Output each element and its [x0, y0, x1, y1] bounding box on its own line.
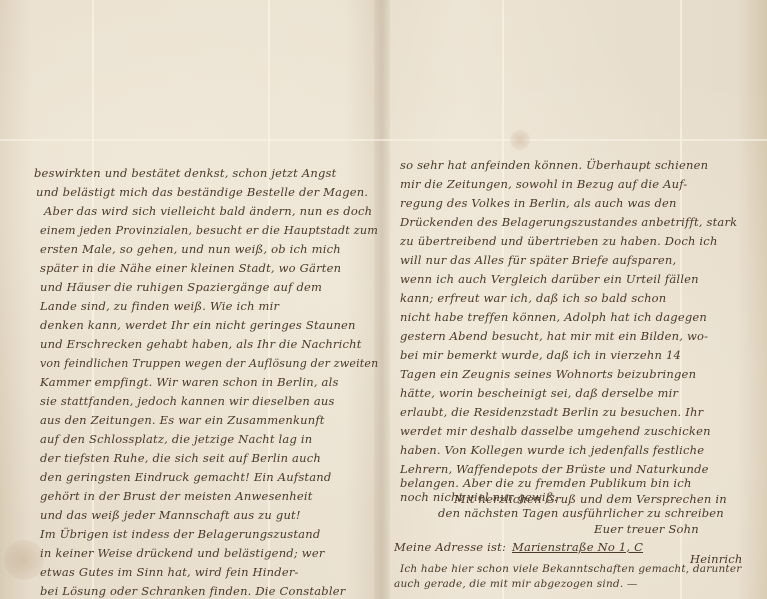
closing-line: den nächsten Tagen ausführlicher zu schr… — [438, 506, 724, 520]
text-line: kann; erfreut war ich, daß ich so bald s… — [400, 291, 666, 305]
text-line: Lehrern, Waffendepots der Brüste und Nat… — [400, 462, 709, 476]
text-line: erlaubt, die Residenzstadt Berlin zu bes… — [400, 405, 703, 419]
text-line: und belästigt mich das beständige Bestel… — [36, 185, 368, 199]
text-line: später in die Nähe einer kleinen Stadt, … — [40, 261, 341, 275]
text-line: so sehr hat anfeinden können. Überhaupt … — [400, 158, 708, 172]
text-line: ersten Male, so gehen, und nun weiß, ob … — [40, 242, 341, 256]
signature-line: Euer treuer Sohn — [594, 522, 699, 536]
postscript-line: auch gerade, die mit mir abgezogen sind.… — [394, 578, 638, 590]
text-line: wenn ich auch Vergleich darüber ein Urte… — [400, 272, 699, 286]
closing-line: Mit herzlichen Gruß und dem Versprechen … — [454, 492, 727, 506]
text-line: etwas Gutes im Sinn hat, wird fein Hinde… — [40, 565, 299, 579]
text-line: Im Übrigen ist indess der Belagerungszus… — [40, 527, 320, 541]
text-line: zu übertreibend und übertrieben zu haben… — [400, 234, 718, 248]
text-line: haben. Von Kollegen wurde ich jedenfalls… — [400, 443, 704, 457]
text-line: in keiner Weise drückend und belästigend… — [40, 546, 325, 560]
text-line: belangen. Aber die zu fremden Publikum b… — [400, 476, 692, 490]
text-line: bei mir bemerkt wurde, daß ich in vierze… — [400, 348, 681, 362]
letter-scan: beswirkten und bestätet denkst, schon je… — [0, 0, 767, 599]
text-line: und Erschrecken gehabt haben, als Ihr di… — [40, 337, 362, 351]
text-line: auf den Schlossplatz, die jetzige Nacht … — [40, 432, 312, 446]
text-line: nicht habe treffen können, Adolph hat ic… — [400, 310, 707, 324]
text-line: Lande sind, zu finden weiß. Wie ich mir — [40, 299, 279, 313]
text-line: und Häuser die ruhigen Spaziergänge auf … — [40, 280, 322, 294]
text-line: aus den Zeitungen. Es war ein Zusammenku… — [40, 413, 325, 427]
text-line: sie stattfanden, jedoch kannen wir diese… — [40, 394, 335, 408]
text-line: Tagen ein Zeugnis seines Wohnorts beizub… — [400, 367, 696, 381]
text-line: einem jeden Provinzialen, besucht er die… — [40, 223, 378, 237]
address-label: Meine Adresse ist: — [394, 540, 506, 554]
text-line: will nur das Alles für später Briefe auf… — [400, 253, 676, 267]
text-line: werdet mir deshalb dasselbe umgehend zus… — [400, 424, 711, 438]
right-page: so sehr hat anfeinden können. Überhaupt … — [384, 0, 767, 599]
text-line: gestern Abend besucht, hat mir mit ein B… — [400, 329, 708, 343]
text-line: bei Lösung oder Schranken finden. Die Co… — [40, 584, 345, 598]
text-line: Drückenden des Belagerungszustandes anbe… — [400, 215, 737, 229]
text-line: mir die Zeitungen, sowohl in Bezug auf d… — [400, 177, 687, 191]
text-line: gehört in der Brust der meisten Anwesenh… — [40, 489, 313, 503]
address-value: Marienstraße No 1, C — [512, 540, 643, 554]
text-line: beswirkten und bestätet denkst, schon je… — [34, 166, 336, 180]
text-line: und das weiß jeder Mannschaft aus zu gut… — [40, 508, 301, 522]
text-line: von feindlichen Truppen wegen der Auflös… — [40, 356, 378, 370]
text-line: den geringsten Eindruck gemacht! Ein Auf… — [40, 470, 331, 484]
text-line: hätte, worin bescheinigt sei, daß dersel… — [400, 386, 678, 400]
text-line: Kammer empfingt. Wir waren schon in Berl… — [40, 375, 339, 389]
text-line: regung des Volkes in Berlin, als auch wa… — [400, 196, 677, 210]
left-page: beswirkten und bestätet denkst, schon je… — [0, 0, 384, 599]
text-line: Aber das wird sich vielleicht bald änder… — [44, 204, 372, 218]
postscript-line: Ich habe hier schon viele Bekanntschafte… — [400, 563, 741, 575]
text-line: der tiefsten Ruhe, die sich seit auf Ber… — [40, 451, 321, 465]
text-line: denken kann, werdet Ihr ein nicht gering… — [40, 318, 356, 332]
